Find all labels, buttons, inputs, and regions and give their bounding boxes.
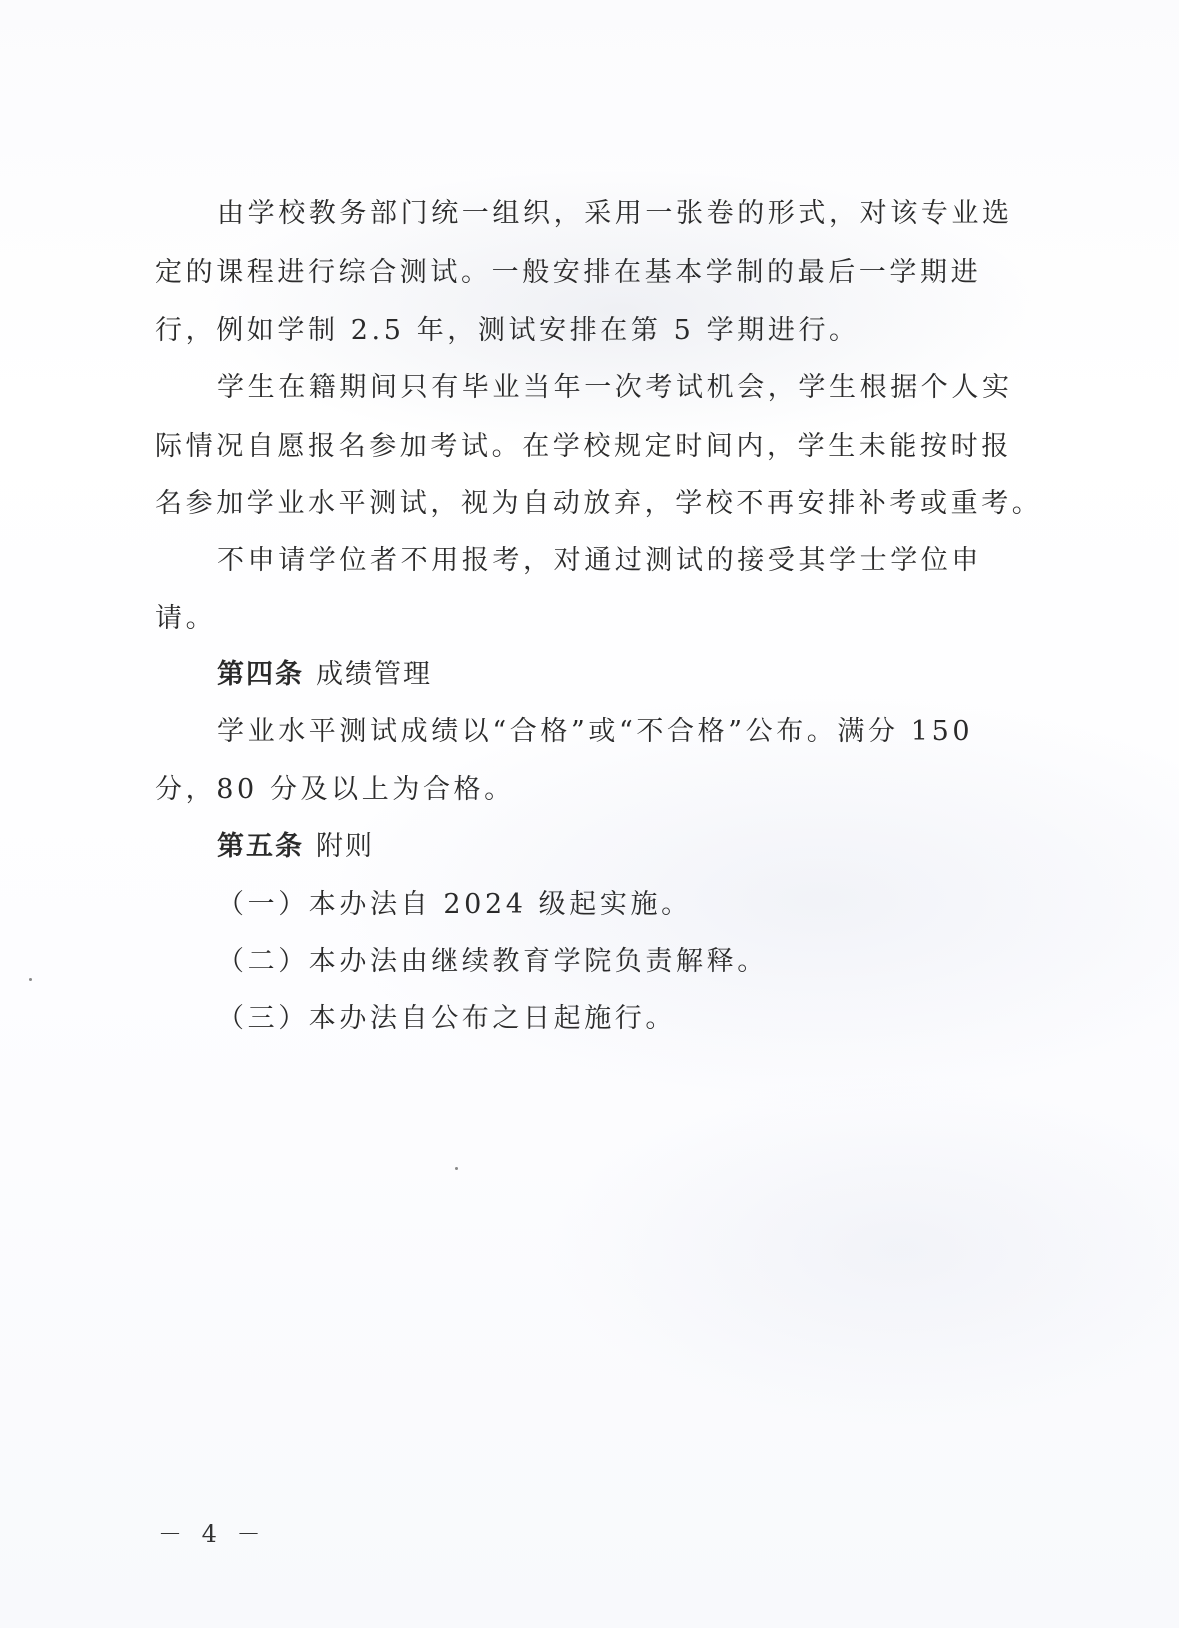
article-5-item-2: （二）本办法由继续教育学院负责解释。: [217, 948, 768, 975]
paragraph-3-line-1: 不申请学位者不用报考，对通过测试的接受其学士学位申: [217, 547, 982, 574]
paragraph-1-line-1: 由学校教务部门统一组织，采用一张卷的形式，对该专业选: [217, 200, 1013, 227]
article-5-item-1: （一）本办法自 2024 级起实施。: [217, 891, 692, 918]
article-4-line-2: 分，80 分及以上为合格。: [155, 776, 515, 803]
article-4-line-1: 学业水平测试成绩以“合格”或“不合格”公布。满分 150: [217, 718, 973, 745]
paragraph-2-line-3: 名参加学业水平测试，视为自动放弃，学校不再安排补考或重考。: [155, 490, 1042, 517]
article-4-title: 成绩管理: [316, 659, 432, 690]
article-4-heading: 第四条成绩管理: [217, 661, 432, 688]
paragraph-2-line-1: 学生在籍期间只有毕业当年一次考试机会，学生根据个人实: [217, 374, 1013, 401]
article-5-item-3: （三）本办法自公布之日起施行。: [217, 1005, 676, 1032]
article-5-heading: 第五条附则: [217, 833, 374, 860]
paragraph-1-line-3: 行，例如学制 2.5 年，测试安排在第 5 学期进行。: [155, 317, 860, 344]
document-page: 由学校教务部门统一组织，采用一张卷的形式，对该专业选 定的课程进行综合测试。一般…: [0, 0, 1179, 1628]
scan-speck: [29, 978, 32, 981]
paragraph-2-line-2: 际情况自愿报名参加考试。在学校规定时间内，学生未能按时报: [155, 433, 1012, 460]
article-5-title: 附则: [316, 831, 374, 862]
scan-speck: [455, 1167, 458, 1170]
paragraph-1-line-2: 定的课程进行综合测试。一般安排在基本学制的最后一学期进: [155, 259, 981, 286]
page-number: － 4 －: [158, 1514, 267, 1549]
article-5-number: 第五条: [217, 831, 304, 862]
paragraph-3-line-2: 请。: [155, 605, 216, 632]
article-4-number: 第四条: [217, 659, 304, 690]
show-through-background: [0, 0, 1179, 1628]
